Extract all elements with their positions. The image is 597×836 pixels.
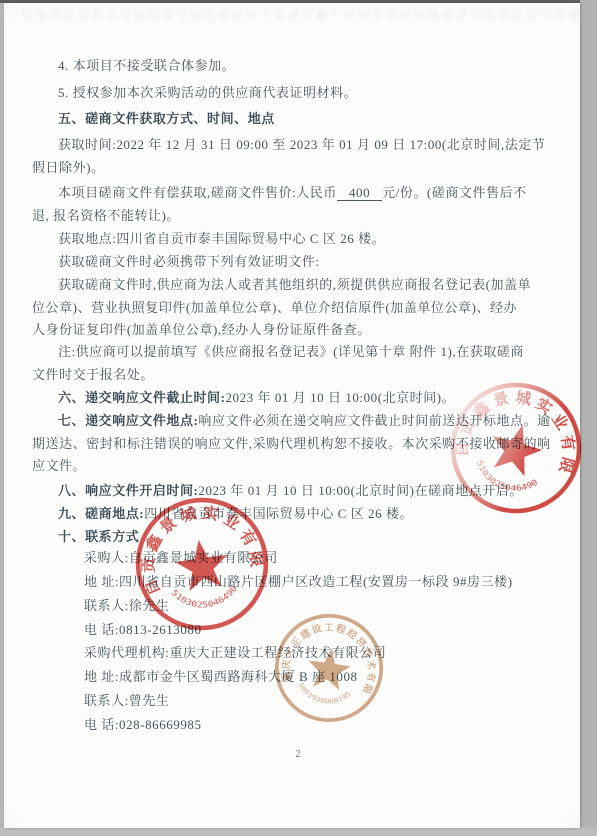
doc-line: 七、递交响应文件地点:响应文件必须在递交响应文件截止时间前送达开标地点。逾 xyxy=(58,412,551,429)
section-heading: 八、响应文件开启时间: xyxy=(58,483,198,498)
doc-line: 地 址:成都市金牛区蜀西路海科大厦 B 座 1008 xyxy=(84,668,358,685)
page-number: 2 xyxy=(288,749,308,760)
doc-line: 应文件。 xyxy=(32,457,86,474)
doc-line: 期送达、密封和标注错误的响应文件,采购代理机构恕不接收。本次采购不接收邮寄的响 xyxy=(32,435,551,452)
doc-line: 假日除外)。 xyxy=(32,159,105,176)
doc-line: 电 话:028-86669985 xyxy=(84,716,202,733)
doc-line: 电 话:0813-2613080 xyxy=(84,621,202,638)
doc-line: 本项目磋商文件有偿获取,磋商文件售价:人民币400元/份。(磋商文件售后不 xyxy=(58,184,527,201)
doc-line: 5. 授权参加本次采购活动的供应商代表证明材料。 xyxy=(58,84,357,101)
section-heading: 九、磋商地点: xyxy=(58,506,144,521)
doc-line: 退, 报名资格不能转让)。 xyxy=(32,207,180,224)
scanned-document: { "document": { "page_number": "2", "lin… xyxy=(0,0,597,836)
doc-line: 注:供应商可以提前填写《供应商报名登记表》(详见第十章 附件 1),在获取磋商 xyxy=(58,343,524,360)
doc-line: 五、磋商文件获取方式、时间、地点 xyxy=(58,110,275,127)
doc-line: 联系人:曾先生 xyxy=(84,692,169,709)
doc-line: 九、磋商地点:四川省自贡市泰丰国际贸易中心 C 区 26 楼。 xyxy=(58,505,413,522)
doc-line: 人身份证复印件(加盖单位公章),经办人身份证原件备查。 xyxy=(32,321,371,338)
doc-line: 采购人:自贡鑫景城实业有限公司 xyxy=(84,549,278,566)
doc-line: 六、递交响应文件截止时间:2023 年 01 月 10 日 10:00(北京时间… xyxy=(58,389,455,406)
section-heading: 七、递交响应文件地点: xyxy=(58,413,198,428)
section-heading: 六、递交响应文件截止时间: xyxy=(58,390,225,405)
section-heading: 五、磋商文件获取方式、时间、地点 xyxy=(58,111,275,126)
doc-line: 获取时间:2022 年 12 月 31 日 09:00 至 2023 年 01 … xyxy=(58,136,545,153)
doc-line: 文件时交于报名处。 xyxy=(32,366,154,383)
doc-line: 联系人:徐先生 xyxy=(84,597,169,614)
doc-line: 地 址:四川省自贡市西山路片区棚户区改造工程(安置房一标段 9#房三楼) xyxy=(84,573,513,590)
doc-line: 获取地点:四川省自贡市泰丰国际贸易中心 C 区 26 楼。 xyxy=(58,230,385,247)
section-heading: 十、联系方式 xyxy=(58,529,139,544)
doc-line: 八、响应文件开启时间:2023 年 01 月 10 日 10:00(北京时间)在… xyxy=(58,482,523,499)
doc-line: 采购代理机构:重庆大正建设工程经济技术有限公司 xyxy=(84,644,386,661)
document-content: 4. 本项目不接受联合体参加。5. 授权参加本次采购活动的供应商代表证明材料。五… xyxy=(0,0,597,836)
doc-line: 获取磋商文件时,供应商为法人或者其他组织的,须提供供应商报名登记表(加盖单 xyxy=(58,276,531,293)
doc-line: 十、联系方式 xyxy=(58,528,139,545)
price-underline: 400 xyxy=(337,185,382,201)
doc-line: 4. 本项目不接受联合体参加。 xyxy=(58,57,235,74)
doc-line: 位公章)、营业执照复印件(加盖单位公章)、单位介绍信原件(加盖单位公章)、经办 xyxy=(32,299,517,316)
doc-line: 获取磋商文件时必须携带下列有效证明文件: xyxy=(58,253,320,270)
